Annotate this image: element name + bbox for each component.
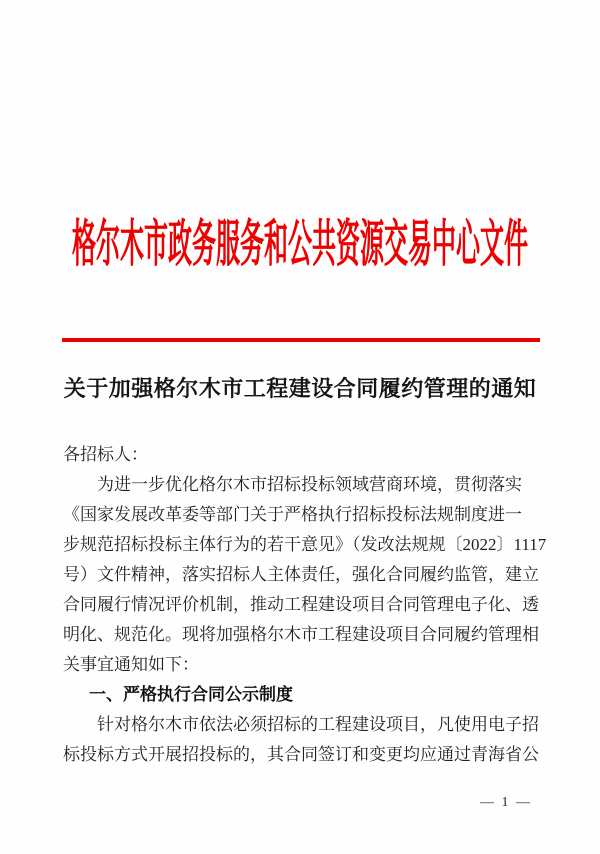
red-divider-line <box>62 338 540 342</box>
section-1-heading: 一、严格执行合同公示制度 <box>63 680 541 710</box>
body-text-line: 《国家发展改革委等部门关于严格执行招标投标法规制度进一 <box>63 500 541 530</box>
document-title: 关于加强格尔木市工程建设合同履约管理的通知 <box>0 374 600 404</box>
body-text-line: 合同履行情况评价机制，推动工程建设项目合同管理电子化、透 <box>63 590 541 620</box>
paragraph-2: 针对格尔木市依法必须招标的工程建设项目，凡使用电子招标投标方式开展招投标的，其合… <box>63 710 541 770</box>
body-text-line: 针对格尔木市依法必须招标的工程建设项目，凡使用电子招 <box>63 710 541 740</box>
page-number: — 1 — <box>480 794 532 812</box>
document-header-title: 格尔木市政务服务和公共资源交易中心文件 <box>0 221 600 271</box>
document-page: 格尔木市政务服务和公共资源交易中心文件 关于加强格尔木市工程建设合同履约管理的通… <box>0 0 600 854</box>
body-text-line: 明化、规范化。现将加强格尔木市工程建设项目合同履约管理相 <box>63 620 541 650</box>
document-body: 各招标人： 为进一步优化格尔木市招标投标领域营商环境，贯彻落实《国家发展改革委等… <box>63 440 541 770</box>
body-text-line: 号）文件精神，落实招标人主体责任，强化合同履约监管，建立 <box>63 560 541 590</box>
body-text-line: 步规范招标投标主体行为的若干意见》（发改法规规〔2022〕1117 <box>63 530 541 560</box>
paragraph-1: 为进一步优化格尔木市招标投标领域营商环境，贯彻落实《国家发展改革委等部门关于严格… <box>63 470 541 680</box>
body-text-line: 为进一步优化格尔木市招标投标领域营商环境，贯彻落实 <box>63 470 541 500</box>
salutation: 各招标人： <box>63 440 541 470</box>
body-text-line: 关事宜通知如下： <box>63 650 541 680</box>
body-text-line: 标投标方式开展招投标的，其合同签订和变更均应通过青海省公 <box>63 740 541 770</box>
